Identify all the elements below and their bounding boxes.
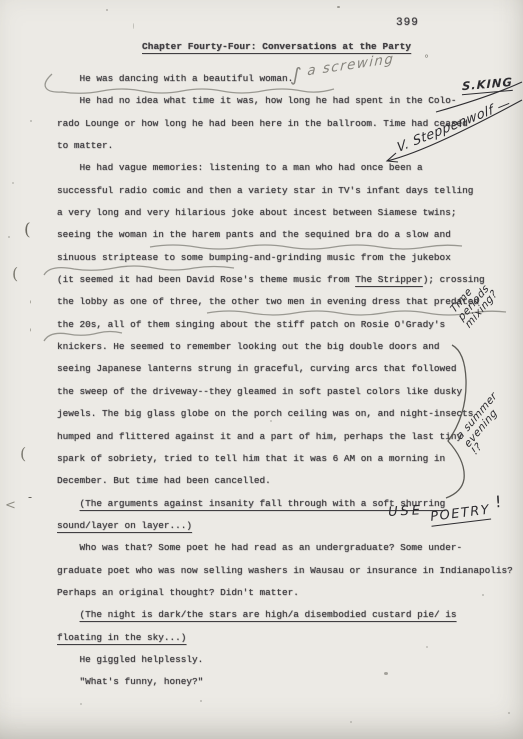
use-poetry-word: USE [388, 503, 424, 520]
typescript-line: (it seemed it had been David Rose's them… [57, 269, 523, 291]
typescript-line: the sweep of the driveway--they gleamed … [57, 381, 523, 403]
typed-text [57, 498, 80, 509]
typed-text: He was dancing with a beautiful woman. [57, 73, 293, 84]
paper-speck [106, 9, 108, 11]
typescript-line: (The night is dark/the stars are high/a … [57, 604, 523, 626]
margin-paren-mark: ( [20, 444, 26, 463]
typed-text: to matter. [57, 140, 113, 151]
paper-speck [12, 182, 14, 184]
chapter-title: Chapter Fourty-Four: Conversations at th… [142, 41, 411, 52]
typescript-line: graduate poet who was now selling washer… [57, 560, 523, 582]
page-number: 399 [396, 17, 419, 29]
underlined-passage: (The night is dark/the stars are high/a … [80, 609, 457, 620]
typescript-line: "What's funny, honey?" [57, 671, 523, 693]
typed-text: the 20s, all of them singing about the s… [57, 319, 445, 330]
typed-text: humped and flittered against it and a pa… [57, 431, 462, 442]
paper-speck [200, 700, 202, 702]
underlined-passage: floating in the sky...) [57, 632, 186, 643]
typescript-line: sinuous striptease to some bumping-and-g… [57, 247, 523, 269]
margin-tick-mark: ' [29, 300, 32, 311]
paper-speck [8, 236, 10, 238]
typed-text: Who was that? Some poet he had read as a… [57, 542, 462, 553]
typescript-line: jewels. The big glass globe on the porch… [57, 403, 523, 425]
typed-text: Perhaps an original thought? Didn't matt… [57, 587, 299, 598]
exclamation-mark: ! [494, 492, 501, 511]
typed-text: He giggled helplessly. [57, 654, 203, 665]
margin-paren-mark: ( [12, 264, 18, 283]
paper-speck [384, 672, 388, 675]
use-poetry-note: USEPOETRY! [388, 495, 503, 522]
typescript-line: He had vague memories: listening to a ma… [57, 157, 523, 179]
typescript-line: spark of sobriety, tried to tell him tha… [57, 448, 523, 470]
typed-text: December. But time had been cancelled. [57, 475, 271, 486]
underlined-passage: The Stripper [355, 274, 423, 285]
paper-speck [337, 6, 340, 8]
typescript-line: successful radio comic and then a variet… [57, 180, 523, 202]
typescript-line: December. But time had been cancelled. [57, 470, 523, 492]
typescript-line: a very long and very hilarious joke abou… [57, 202, 523, 224]
typed-text: rado Lounge or how long he had been here… [57, 118, 468, 129]
paper-speck [300, 571, 302, 573]
typed-text: (it seemed it had been David Rose's them… [57, 274, 355, 285]
typed-text: a very long and very hilarious joke abou… [57, 207, 456, 218]
typescript-line: Who was that? Some poet he had read as a… [57, 537, 523, 559]
typescript-line: seeing the woman in the harem pants and … [57, 224, 523, 246]
typed-text: jewels. The big glass globe on the porch… [57, 408, 473, 419]
typescript-line: to matter. [57, 135, 523, 157]
typed-text: spark of sobriety, tried to tell him tha… [57, 453, 445, 464]
typed-text: successful radio comic and then a variet… [57, 185, 473, 196]
paper-speck [482, 594, 484, 596]
typescript-line: He giggled helplessly. [57, 649, 523, 671]
typescript-line: Perhaps an original thought? Didn't matt… [57, 582, 523, 604]
margin-paren-mark: ( [24, 220, 31, 240]
typescript-line: knickers. He seemed to remember looking … [57, 336, 523, 358]
typed-text [57, 609, 80, 620]
paper-speck [270, 420, 272, 422]
underlined-passage: sound/layer on layer...) [57, 520, 192, 531]
paper-speck [508, 712, 510, 714]
paper-speck [30, 120, 32, 122]
typed-text: seeing Japanese lanterns strung in grace… [57, 363, 456, 374]
margin-tick-mark: ' [29, 328, 32, 339]
typescript-body: He was dancing with a beautiful woman. H… [57, 68, 523, 694]
paper-speck [133, 23, 134, 29]
paper-speck [426, 646, 428, 648]
typed-text: He had no idea what time it was, how lon… [57, 95, 456, 106]
typed-text: the lobby as one of three, the other two… [57, 296, 479, 307]
margin-dash-mark: - [28, 490, 32, 504]
typescript-line: the 20s, all of them singing about the s… [57, 314, 523, 336]
typed-text: knickers. He seemed to remember looking … [57, 341, 440, 352]
manuscript-page: 399 Chapter Fourty-Four: Conversations a… [0, 0, 523, 739]
typescript-line: floating in the sky...) [57, 627, 523, 649]
typed-text: "What's funny, honey?" [57, 676, 203, 687]
typescript-line: He had no idea what time it was, how lon… [57, 90, 523, 112]
paper-speck [80, 703, 82, 705]
typed-text: sinuous striptease to some bumping-and-g… [57, 252, 451, 263]
typed-text: seeing the woman in the harem pants and … [57, 229, 451, 240]
typed-text: He had vague memories: listening to a ma… [57, 162, 423, 173]
margin-angle-mark: < [5, 498, 16, 513]
typed-text: graduate poet who was now selling washer… [57, 565, 513, 576]
typed-text: the sweep of the driveway--they gleamed … [57, 386, 462, 397]
typescript-line: humped and flittered against it and a pa… [57, 426, 523, 448]
typescript-line: seeing Japanese lanterns strung in grace… [57, 358, 523, 380]
paper-speck [350, 721, 352, 723]
insertion-circle-mark: ° [424, 54, 429, 65]
